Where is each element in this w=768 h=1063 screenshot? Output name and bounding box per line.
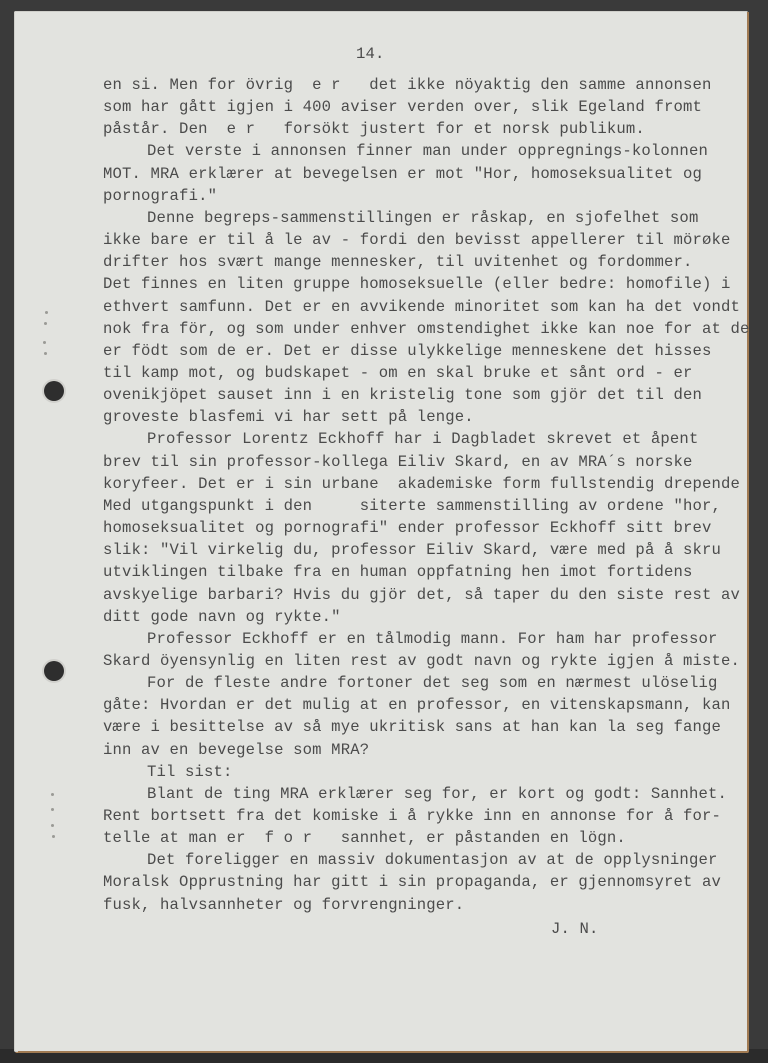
page-number: 14. bbox=[356, 47, 385, 63]
pin-mark bbox=[51, 824, 54, 827]
punch-hole-lower bbox=[44, 661, 64, 681]
pin-mark bbox=[44, 322, 47, 325]
pin-mark bbox=[43, 341, 46, 344]
text-line: inn av en bevegelse som MRA? bbox=[103, 743, 369, 759]
page-edge-right bbox=[747, 12, 749, 1052]
pin-mark bbox=[44, 352, 47, 355]
pin-mark bbox=[51, 793, 54, 796]
text-line: Denne begreps-sammenstillingen er råskap… bbox=[147, 211, 698, 227]
text-line: koryfeer. Det er i sin urbane akademiske… bbox=[103, 477, 740, 493]
text-line: ovenikjöpet sauset inn i en kristelig to… bbox=[103, 388, 702, 404]
text-line: utviklingen tilbake fra en human oppfatn… bbox=[103, 565, 692, 581]
text-line: Det verste i annonsen finner man under o… bbox=[147, 144, 708, 160]
text-line: ikke bare er til å le av - fordi den bev… bbox=[103, 233, 731, 249]
page-edge-bottom bbox=[18, 1051, 748, 1053]
text-line: Med utgangspunkt i den siterte sammensti… bbox=[103, 499, 721, 515]
text-line: Moralsk Opprustning har gitt i sin propa… bbox=[103, 875, 721, 891]
text-line: For de fleste andre fortoner det seg som… bbox=[147, 676, 717, 692]
text-line: ethvert samfunn. Det er en avvikende min… bbox=[103, 300, 740, 316]
pin-mark bbox=[52, 835, 55, 838]
text-line: homoseksualitet og pornografi" ender pro… bbox=[103, 521, 712, 537]
text-line: som har gått igjen i 400 aviser verden o… bbox=[103, 100, 702, 116]
text-line: Rent bortsett fra det komiske i å rykke … bbox=[103, 809, 721, 825]
text-line: brev til sin professor-kollega Eiliv Ska… bbox=[103, 455, 692, 471]
text-line: til kamp mot, og budskapet - om en skal … bbox=[103, 366, 692, 382]
text-line: MOT. MRA erklærer at bevegelsen er mot "… bbox=[103, 167, 702, 183]
text-line: være i besittelse av så mye ukritisk san… bbox=[103, 720, 721, 736]
text-line: påstår. Den e r forsökt justert for et n… bbox=[103, 122, 645, 138]
text-line: Det finnes en liten gruppe homoseksuelle… bbox=[103, 277, 731, 293]
text-line: Blant de ting MRA erklærer seg for, er k… bbox=[147, 787, 727, 803]
text-line: telle at man er f o r sannhet, er påstan… bbox=[103, 831, 626, 847]
text-line: en si. Men for övrig e r det ikke nöyakt… bbox=[103, 78, 712, 94]
signature-initials: J. N. bbox=[551, 922, 599, 938]
text-line: gåte: Hvordan er det mulig at en profess… bbox=[103, 698, 731, 714]
pin-mark bbox=[51, 808, 54, 811]
text-line: Skard öyensynlig en liten rest av godt n… bbox=[103, 654, 740, 670]
text-line: Professor Lorentz Eckhoff har i Dagblade… bbox=[147, 432, 698, 448]
text-line: ditt gode navn og rykte." bbox=[103, 610, 341, 626]
text-line: groveste blasfemi vi har sett på lenge. bbox=[103, 410, 474, 426]
pin-mark bbox=[45, 311, 48, 314]
text-line: drifter hos svært mange mennesker, til u… bbox=[103, 255, 692, 271]
text-line: fusk, halvsannheter og forvrengninger. bbox=[103, 898, 464, 914]
punch-hole-upper bbox=[44, 381, 64, 401]
text-line: Det foreligger en massiv dokumentasjon a… bbox=[147, 853, 717, 869]
text-line: avskyelige barbari? Hvis du gjör det, så… bbox=[103, 588, 740, 604]
text-line: slik: "Vil virkelig du, professor Eiliv … bbox=[103, 543, 721, 559]
text-line: pornografi." bbox=[103, 189, 217, 205]
text-line: er födt som de er. Det er disse ulykkeli… bbox=[103, 344, 712, 360]
text-line: nok fra för, og som under enhver omstend… bbox=[103, 322, 750, 338]
text-line: Til sist: bbox=[147, 765, 233, 781]
text-line: Professor Eckhoff er en tålmodig mann. F… bbox=[147, 632, 717, 648]
